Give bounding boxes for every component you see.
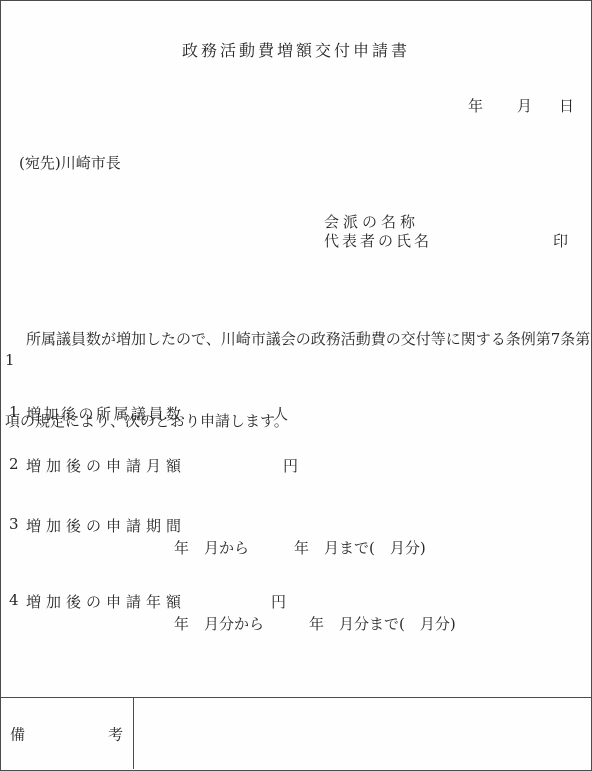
item-1-unit-label: 人 xyxy=(273,403,288,424)
item-4-number: 4 xyxy=(9,591,19,609)
item-4-period-line: 年 月分から 年 月分まで( 月分) xyxy=(174,613,456,634)
item-4-label: 増加後の申請年額 xyxy=(26,591,181,612)
remarks-cell-divider xyxy=(133,698,134,769)
addressee-line: (宛先)川崎市長 xyxy=(19,152,121,173)
body-paragraph: 所属議員数が増加したので、川崎市議会の政務活動費の交付等に関する条例第7条第1 … xyxy=(5,288,591,473)
faction-name-label: 会派の名称 xyxy=(324,211,419,232)
item-1-label: 増加後の所属議員数 xyxy=(26,403,181,424)
item-1-number: 1 xyxy=(9,403,19,421)
item-3-period-line: 年 月から 年 月まで( 月分) xyxy=(174,537,426,558)
application-form-page: 政務活動費増額交付申請書 年 月 日 (宛先)川崎市長 会派の名称 代表者の氏名… xyxy=(0,0,592,771)
remarks-table: 備考 xyxy=(1,697,591,769)
body-paragraph-line1: 所属議員数が増加したので、川崎市議会の政務活動費の交付等に関する条例第7条第1 xyxy=(5,329,591,370)
item-3-label: 増加後の申請期間 xyxy=(26,515,181,536)
remarks-label: 備考 xyxy=(10,723,123,744)
item-4-unit-label: 円 xyxy=(271,591,286,612)
seal-mark: 印 xyxy=(553,230,568,251)
date-day-label: 日 xyxy=(559,95,574,116)
representative-name-label: 代表者の氏名 xyxy=(324,230,432,251)
item-2-number: 2 xyxy=(9,455,19,473)
page-title: 政務活動費増額交付申請書 xyxy=(1,38,591,61)
item-2-label: 増加後の申請月額 xyxy=(26,455,181,476)
date-month-label: 月 xyxy=(517,95,532,116)
item-2-unit-label: 円 xyxy=(283,455,298,476)
date-year-label: 年 xyxy=(468,95,483,116)
item-3-number: 3 xyxy=(9,515,19,533)
